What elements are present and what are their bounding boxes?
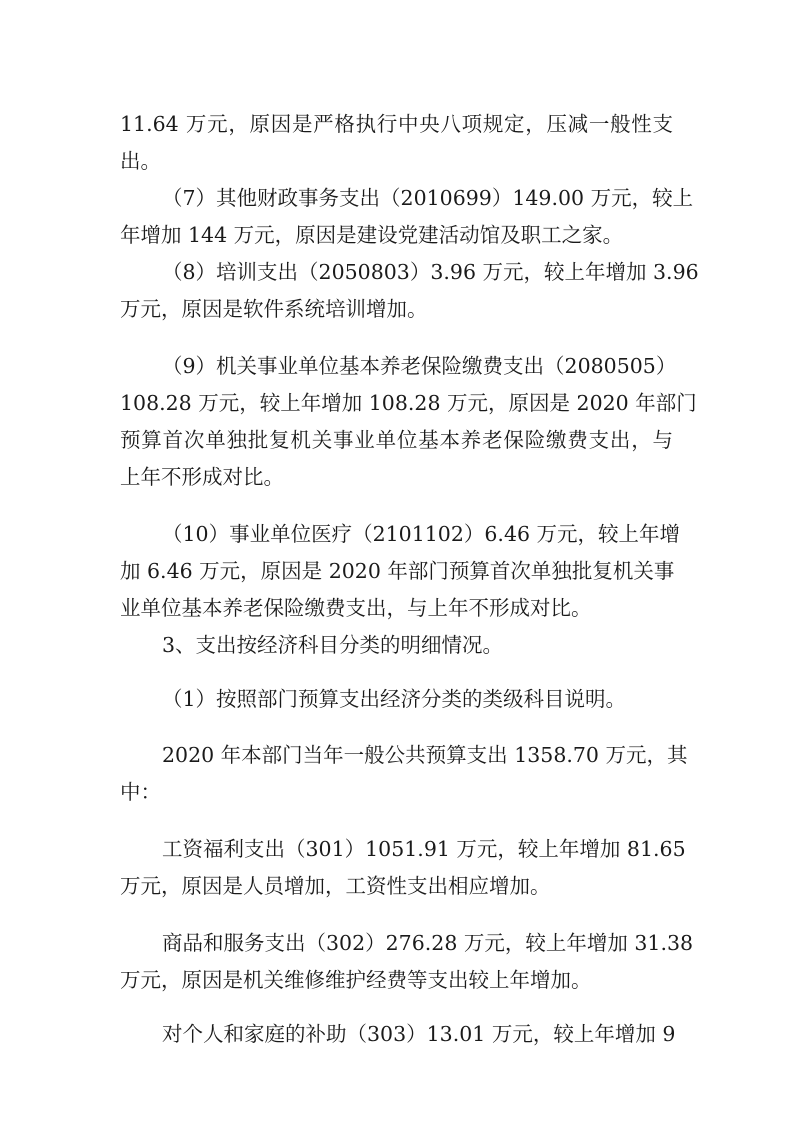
- item-7-line-2: 年增加 144 万元，原因是建设党建活动馆及职工之家。: [120, 220, 673, 250]
- text-line-2: 出。: [120, 146, 673, 176]
- item-10-line-1: （10）事业单位医疗（2101102）6.46 万元，较上年增: [162, 519, 673, 549]
- item-301-line-1: 工资福利支出（301）1051.91 万元，较上年增加 81.65: [162, 834, 673, 864]
- document-page: 11.64 万元，原因是严格执行中央八项规定，压减一般性支 出。 （7）其他财政…: [0, 0, 793, 1122]
- item-9-line-1: （9）机关事业单位基本养老保险缴费支出（2080505）: [162, 351, 673, 381]
- item-8-line-1: （8）培训支出（2050803）3.96 万元，较上年增加 3.96: [162, 257, 673, 287]
- item-301-line-2: 万元，原因是人员增加，工资性支出相应增加。: [120, 871, 673, 901]
- item-7-line-1: （7）其他财政事务支出（2010699）149.00 万元，较上: [162, 183, 673, 213]
- item-302-line-1: 商品和服务支出（302）276.28 万元，较上年增加 31.38: [162, 928, 673, 958]
- subsection-1-heading: （1）按照部门预算支出经济分类的类级科目说明。: [162, 684, 673, 714]
- item-303-line-1: 对个人和家庭的补助（303）13.01 万元，较上年增加 9: [162, 1019, 673, 1049]
- item-9-line-2: 108.28 万元，较上年增加 108.28 万元，原因是 2020 年部门: [120, 388, 673, 418]
- item-8-line-2: 万元，原因是软件系统培训增加。: [120, 294, 673, 324]
- text-line-1: 11.64 万元，原因是严格执行中央八项规定，压减一般性支: [120, 109, 673, 139]
- item-9-line-4: 上年不形成对比。: [120, 462, 673, 492]
- section-3-heading: 3、支出按经济科目分类的明细情况。: [162, 630, 673, 660]
- item-302-line-2: 万元，原因是机关维修维护经费等支出较上年增加。: [120, 965, 673, 995]
- item-10-line-3: 业单位基本养老保险缴费支出，与上年不形成对比。: [120, 593, 673, 623]
- item-10-line-2: 加 6.46 万元，原因是 2020 年部门预算首次单独批复机关事: [120, 556, 673, 586]
- item-9-line-3: 预算首次单独批复机关事业单位基本养老保险缴费支出，与: [120, 425, 673, 455]
- summary-line-1: 2020 年本部门当年一般公共预算支出 1358.70 万元，其: [162, 740, 673, 770]
- summary-line-2: 中：: [120, 777, 673, 807]
